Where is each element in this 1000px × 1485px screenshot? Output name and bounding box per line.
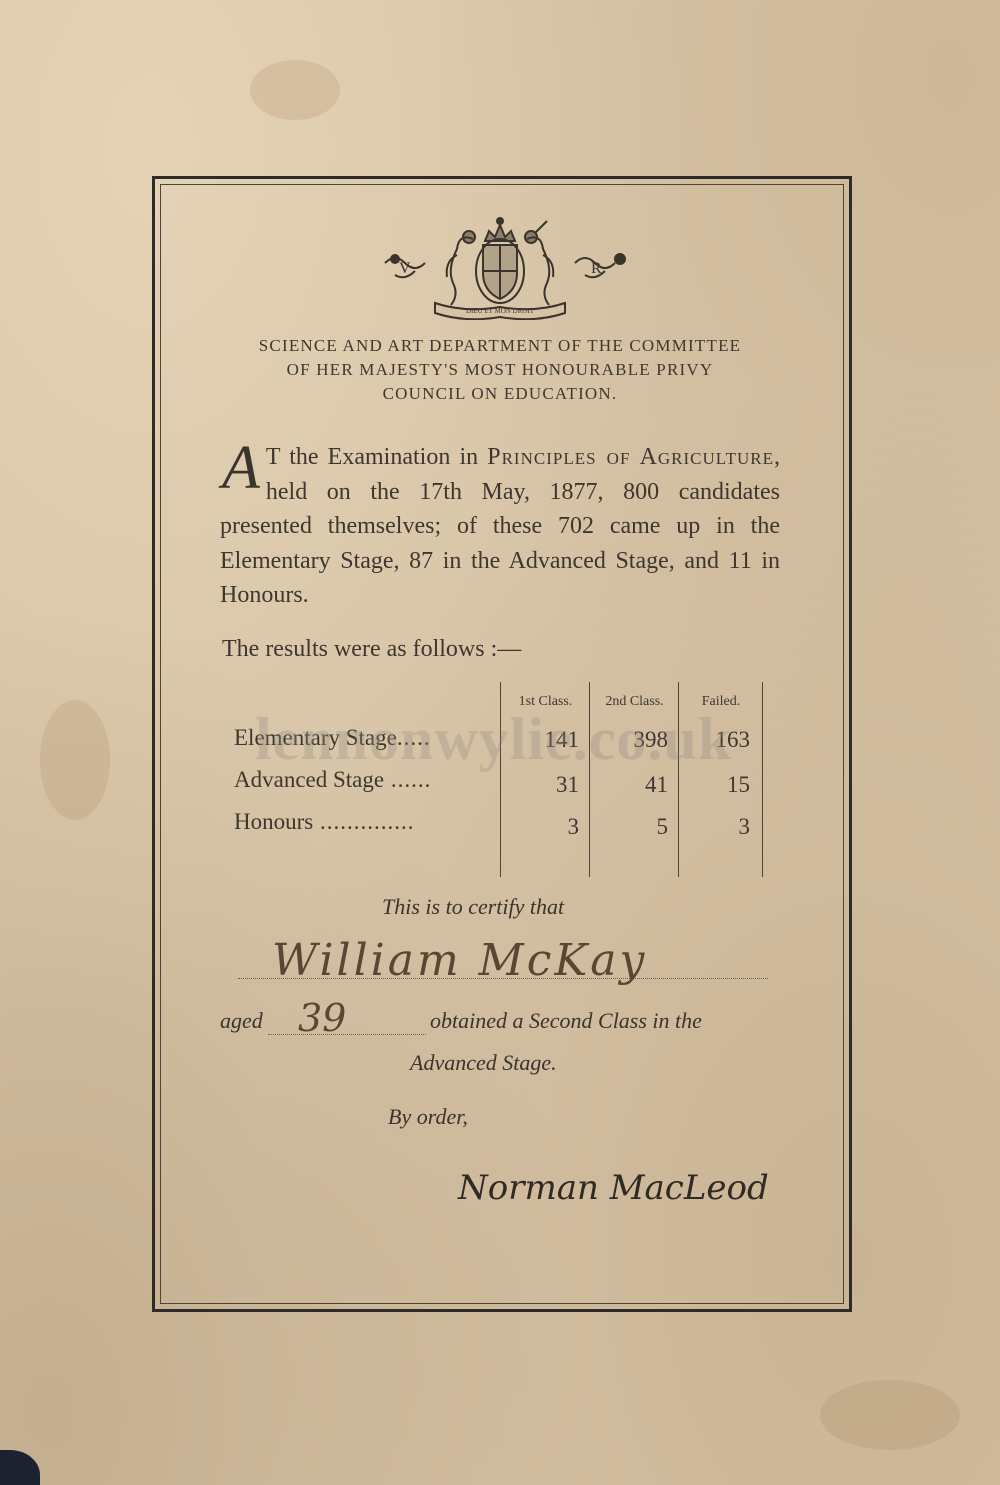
table-cell: 41 — [598, 772, 668, 798]
result-stage: Advanced Stage. — [410, 1050, 557, 1076]
table-cell: 5 — [598, 814, 668, 840]
results-intro: The results were as follows :— — [222, 636, 521, 663]
subject-name-part2: Agriculture — [640, 444, 774, 470]
table-cell: 31 — [509, 772, 579, 798]
svg-text:DIEU ET MON DROIT: DIEU ET MON DROIT — [466, 307, 535, 315]
table-row-label: Honours .............. — [234, 809, 499, 835]
table-cell: 3 — [509, 814, 579, 840]
age-line — [268, 1034, 426, 1035]
examination-paragraph: AT the Examination in Principles of Agri… — [220, 440, 780, 613]
svg-text:V: V — [399, 260, 411, 277]
column-divider — [762, 682, 763, 877]
certify-lead: This is to certify that — [382, 894, 564, 920]
result-text: obtained a Second Class in the — [430, 1008, 702, 1034]
department-line-1: SCIENCE AND ART DEPARTMENT OF THE COMMIT… — [200, 334, 800, 358]
by-order: By order, — [388, 1104, 468, 1130]
paper-stain — [40, 700, 110, 820]
paper-stain — [820, 1380, 960, 1450]
svg-text:R: R — [591, 260, 602, 277]
watermark: lennonwylie.co.uk — [255, 705, 732, 774]
recipient-name: William McKay — [272, 935, 647, 986]
signature: Norman MacLeod — [458, 1168, 769, 1208]
royal-coat-of-arms-icon: V R DIEU ET MON DROIT — [365, 215, 635, 320]
department-line-2: OF HER MAJESTY'S MOST HONOURABLE PRIVY — [200, 358, 800, 382]
torn-corner — [0, 1450, 40, 1485]
subject-name-part1: Principles of — [487, 444, 630, 470]
intro-text: T the Examination in — [266, 444, 487, 470]
department-line-3: COUNCIL ON EDUCATION. — [200, 382, 800, 406]
recipient-age: 39 — [298, 996, 346, 1040]
table-cell: 3 — [680, 814, 750, 840]
table-cell: 15 — [680, 772, 750, 798]
drop-cap: A — [222, 442, 260, 494]
department-heading: SCIENCE AND ART DEPARTMENT OF THE COMMIT… — [200, 334, 800, 406]
aged-label: aged — [220, 1008, 263, 1034]
paper-stain — [250, 60, 340, 120]
